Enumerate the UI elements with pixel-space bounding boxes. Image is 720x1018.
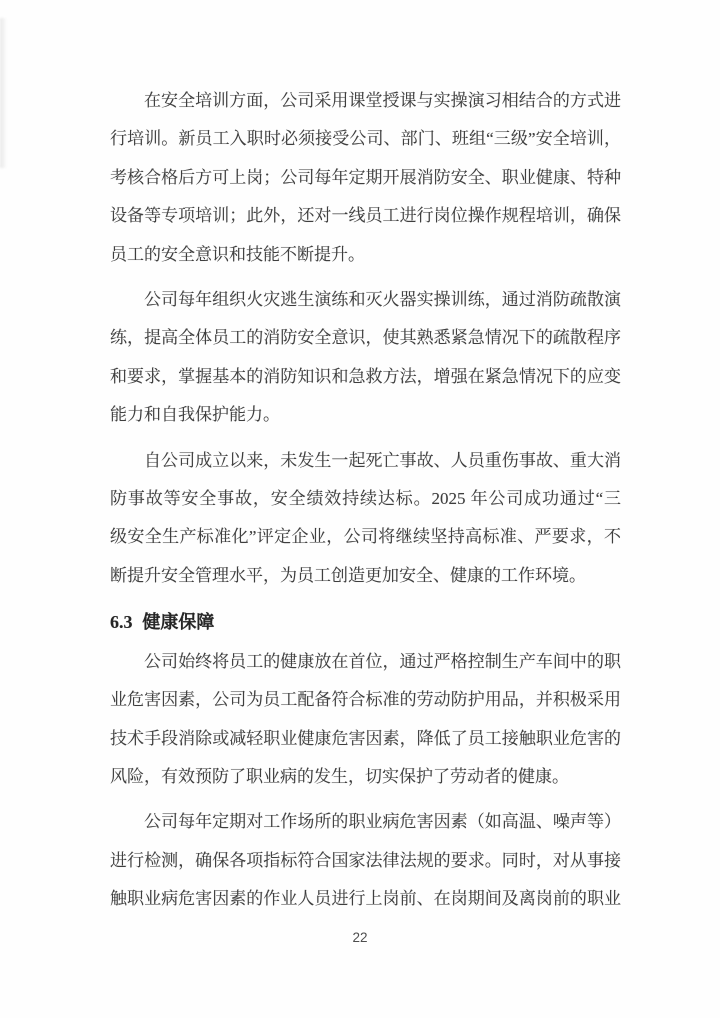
text-line: 级安全生产标准化”评定企业，公司将继续坚持高标准、严要求，不 [110, 518, 621, 556]
text-line: 技术手段消除或减轻职业健康危害因素，降低了员工接触职业危害的 [110, 720, 621, 758]
text-line: 和要求，掌握基本的消防知识和急救方法，增强在紧急情况下的应变 [110, 358, 621, 396]
text-line: 触职业病危害因素的作业人员进行上岗前、在岗期间及离岗前的职业 [110, 880, 621, 918]
text-line: 能力和自我保护能力。 [110, 396, 621, 434]
text-line: 业危害因素，公司为员工配备符合标准的劳动防护用品，并积极采用 [110, 681, 621, 719]
text-line: 在安全培训方面，公司采用课堂授课与实操演习相结合的方式进 [110, 82, 621, 120]
text-line: 进行检测，确保各项指标符合国家法律法规的要求。同时，对从事接 [110, 842, 621, 880]
text-line: 防事故等安全事故，安全绩效持续达标。2025 年公司成功通过“三 [110, 480, 621, 518]
paragraph-health-priority: 公司始终将员工的健康放在首位，通过严格控制生产车间中的职 业危害因素，公司为员工… [110, 643, 621, 797]
text-line: 练，提高全体员工的消防安全意识，使其熟悉紧急情况下的疏散程序 [110, 319, 621, 357]
document-body: 在安全培训方面，公司采用课堂授课与实操演习相结合的方式进 行培训。新员工入职时必… [110, 82, 621, 919]
scan-edge-artifact [0, 18, 7, 168]
text-line: 公司每年组织火灾逃生演练和灭火器实操训练，通过消防疏散演 [110, 281, 621, 319]
text-line: 公司始终将员工的健康放在首位，通过严格控制生产车间中的职 [110, 643, 621, 681]
text-line: 行培训。新员工入职时必须接受公司、部门、班组“三级”安全培训， [110, 120, 621, 158]
paragraph-fire-drill: 公司每年组织火灾逃生演练和灭火器实操训练，通过消防疏散演 练，提高全体员工的消防… [110, 281, 621, 435]
text-line: 公司每年定期对工作场所的职业病危害因素（如高温、噪声等） [110, 803, 621, 841]
section-title: 健康保障 [142, 612, 214, 632]
text-line: 断提升安全管理水平，为员工创造更加安全、健康的工作环境。 [110, 557, 621, 595]
section-number: 6.3 [110, 612, 133, 632]
text-line: 考核合格后方可上岗；公司每年定期开展消防安全、职业健康、特种 [110, 159, 621, 197]
paragraph-safety-training: 在安全培训方面，公司采用课堂授课与实操演习相结合的方式进 行培训。新员工入职时必… [110, 82, 621, 274]
document-page: 在安全培训方面，公司采用课堂授课与实操演习相结合的方式进 行培训。新员工入职时必… [0, 0, 720, 1018]
section-heading: 6.3健康保障 [110, 603, 621, 641]
text-line: 设备等专项培训；此外，还对一线员工进行岗位操作规程培训，确保 [110, 197, 621, 235]
page-number: 22 [0, 930, 720, 945]
text-line: 自公司成立以来，未发生一起死亡事故、人员重伤事故、重大消 [110, 442, 621, 480]
text-line: 员工的安全意识和技能不断提升。 [110, 236, 621, 274]
text-line: 风险，有效预防了职业病的发生，切实保护了劳动者的健康。 [110, 758, 621, 796]
paragraph-safety-record: 自公司成立以来，未发生一起死亡事故、人员重伤事故、重大消 防事故等安全事故，安全… [110, 442, 621, 596]
paragraph-occupational-checks: 公司每年定期对工作场所的职业病危害因素（如高温、噪声等） 进行检测，确保各项指标… [110, 803, 621, 918]
